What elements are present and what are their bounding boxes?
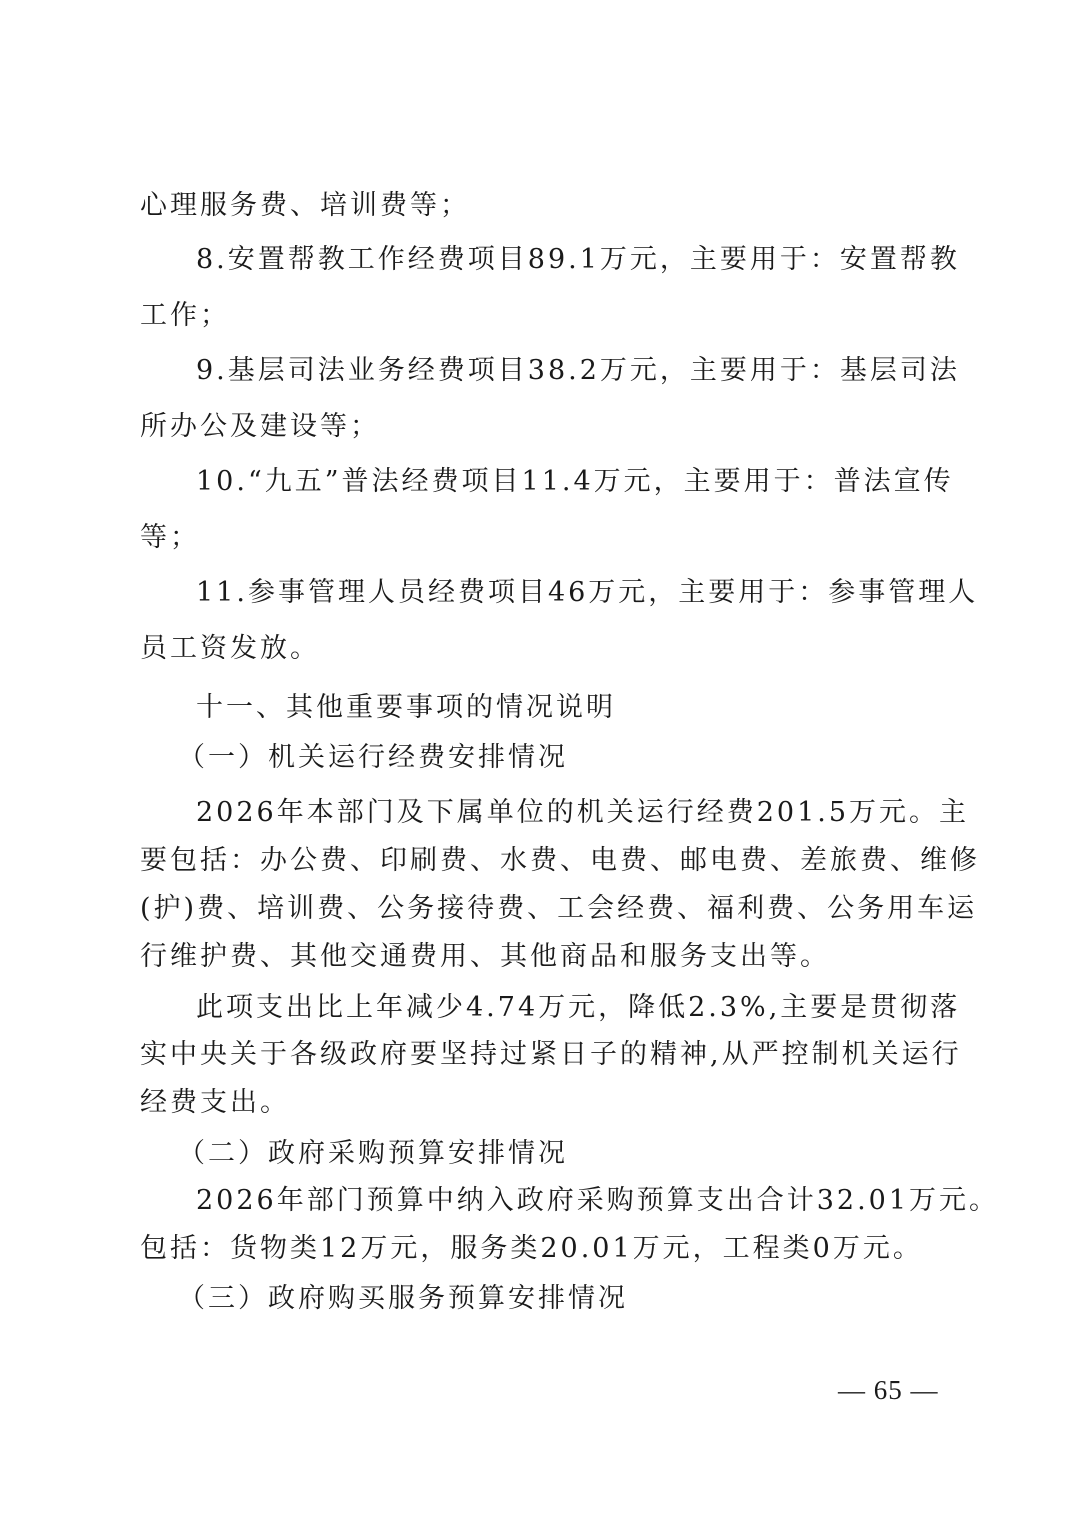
paragraph-line: 要包括：办公费、印刷费、水费、电费、邮电费、差旅费、维修 xyxy=(140,841,980,881)
paragraph-line: 工作； xyxy=(140,296,230,336)
section-heading: 十一、其他重要事项的情况说明 xyxy=(196,688,616,728)
paragraph-line: 员工资发放。 xyxy=(140,629,320,669)
paragraph-line: 2026年本部门及下属单位的机关运行经费201.5万元。主 xyxy=(196,793,969,833)
list-item-10: 10.“九五”普法经费项目11.4万元，主要用于：普法宣传 xyxy=(196,462,954,502)
paragraph-line: 经费支出。 xyxy=(140,1083,290,1123)
paragraph-line: 等； xyxy=(140,518,200,558)
page-number: — 65 — xyxy=(838,1370,939,1410)
subsection-heading-3: （三）政府购买服务预算安排情况 xyxy=(178,1279,628,1319)
paragraph-line: 此项支出比上年减少4.74万元，降低2.3%,主要是贯彻落 xyxy=(196,988,960,1028)
list-item-11: 11.参事管理人员经费项目46万元，主要用于：参事管理人 xyxy=(196,573,978,613)
list-item-8: 8.安置帮教工作经费项目89.1万元，主要用于：安置帮教 xyxy=(196,240,960,280)
paragraph-line: (护)费、培训费、公务接待费、工会经费、福利费、公务用车运 xyxy=(140,889,977,929)
subsection-heading-2: （二）政府采购预算安排情况 xyxy=(178,1134,568,1174)
document-page: 心理服务费、培训费等； 8.安置帮教工作经费项目89.1万元，主要用于：安置帮教… xyxy=(0,0,1074,1520)
paragraph-line: 所办公及建设等； xyxy=(140,407,380,447)
list-item-9: 9.基层司法业务经费项目38.2万元，主要用于：基层司法 xyxy=(196,351,960,391)
paragraph-line: 实中央关于各级政府要坚持过紧日子的精神,从严控制机关运行 xyxy=(140,1035,962,1075)
paragraph-line: 2026年部门预算中纳入政府采购预算支出合计32.01万元。 xyxy=(196,1181,999,1221)
subsection-heading-1: （一）机关运行经费安排情况 xyxy=(178,738,568,778)
paragraph-line: 行维护费、其他交通费用、其他商品和服务支出等。 xyxy=(140,937,830,977)
paragraph-line: 心理服务费、培训费等； xyxy=(140,186,470,226)
paragraph-line: 包括：货物类12万元，服务类20.01万元，工程类0万元。 xyxy=(140,1229,923,1269)
